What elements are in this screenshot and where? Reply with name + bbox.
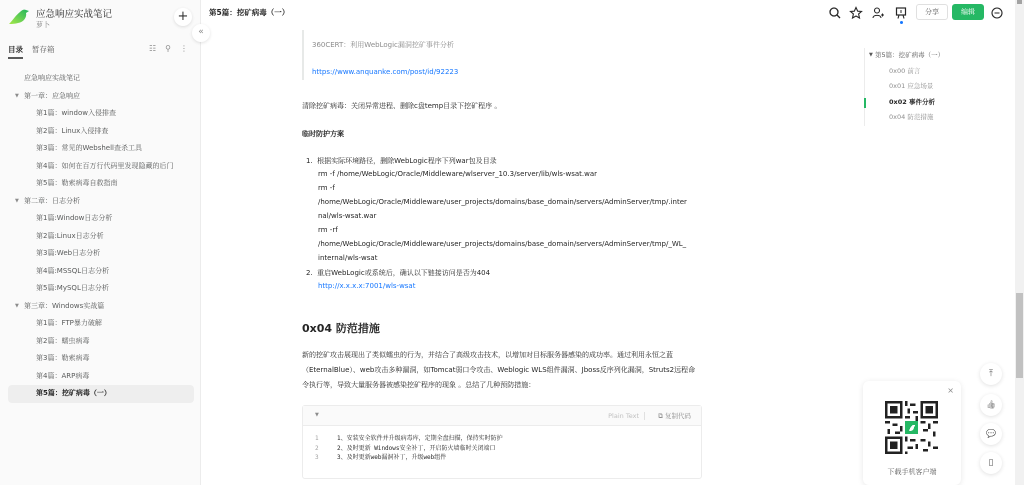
code-block-header: ▼ Plain Text ⧉ 复制代码 <box>303 406 701 426</box>
list-view-icon[interactable]: ☷ <box>149 44 156 53</box>
code-line: 22、及时更新 Windows安全补丁，开启防火墙临时关闭端口 <box>303 444 701 454</box>
scrollbar-thumb[interactable] <box>1016 293 1023 378</box>
caret-down-icon[interactable]: ▼ <box>15 193 19 211</box>
step-text: 根据实际环境路径，删除WebLogic程序下列war包及目录 <box>317 157 496 165</box>
toc-item[interactable]: 第1篇：FTP暴力破解 <box>8 315 194 333</box>
toc-label: 第1篇：FTP暴力破解 <box>36 319 102 327</box>
divider <box>644 412 645 420</box>
copy-label: 复制代码 <box>665 412 691 420</box>
close-icon[interactable]: × <box>947 386 954 395</box>
toc-item[interactable]: 第4篇：ARP病毒 <box>8 368 194 386</box>
star-icon[interactable] <box>849 6 863 20</box>
page-scrollbar[interactable] <box>1015 0 1024 485</box>
command-line: /home/WebLogic/Oracle/Middleware/user_pr… <box>318 240 686 248</box>
toc-label: 第5篇:MySQL日志分析 <box>36 284 109 292</box>
search-icon[interactable] <box>828 6 842 20</box>
step-number: 2. <box>306 269 313 277</box>
toc-label: 第2篇：蠕虫病毒 <box>36 337 89 345</box>
toc-label: 第1篇:Window日志分析 <box>36 214 112 222</box>
table-of-contents: 应急响应实战笔记 ▼第一章：应急响应 第1篇：window入侵排查 第2篇：Li… <box>8 70 194 403</box>
presentation-indicator <box>900 21 903 24</box>
code-body: 11、安装安全软件并升级病毒库，定期全盘扫描，保持实时防护 22、及时更新 Wi… <box>303 426 701 463</box>
toc-label: 第3篇：勒索病毒 <box>36 354 89 362</box>
code-text: 3、及时更新web漏洞补丁，升级web组件 <box>337 453 446 463</box>
line-number: 3 <box>315 453 319 463</box>
toc-item[interactable]: 第3篇：常见的Webshell查杀工具 <box>8 140 194 158</box>
toc-chapter-1[interactable]: ▼第一章：应急响应 <box>8 88 194 106</box>
outline-item[interactable]: ▼第5篇：挖矿病毒（一） <box>865 48 1004 64</box>
toc-label: 第4篇：ARP病毒 <box>36 372 89 380</box>
copy-icon: ⧉ <box>658 412 665 420</box>
mobile-phone-icon: ▯ <box>989 458 994 468</box>
code-line: 33、及时更新web漏洞补丁，升级web组件 <box>303 453 701 463</box>
section-heading: 0x04 防范措施 <box>302 320 380 336</box>
toc-item[interactable]: 第1篇：window入侵排查 <box>8 105 194 123</box>
toc-chapter-3[interactable]: ▼第三章：Windows实战篇 <box>8 298 194 316</box>
code-text: 1、安装安全软件并升级病毒库，定期全盘扫描，保持实时防护 <box>337 434 503 444</box>
wls-wsat-link[interactable]: http://x.x.x.x:7001/wls-wsat <box>318 282 415 290</box>
caret-down-icon[interactable]: ▼ <box>15 298 19 316</box>
command-line: /home/WebLogic/Oracle/Middleware/user_pr… <box>318 198 687 206</box>
outline-label: 0x00 前言 <box>889 67 920 75</box>
back-to-top-icon: ⤒ <box>989 369 993 379</box>
toc-item-selected[interactable]: 第5篇：挖矿病毒（一） <box>8 385 194 403</box>
toc-label: 第1篇：window入侵排查 <box>36 109 116 117</box>
toc-item[interactable]: 第3篇:Web日志分析 <box>8 245 194 263</box>
qr-code-image <box>885 401 938 454</box>
scroll-up-arrow-icon[interactable] <box>1017 0 1022 4</box>
line-number: 2 <box>315 444 319 454</box>
toc-label: 第5篇：挖矿病毒（一） <box>36 389 111 397</box>
toc-label: 第二章：日志分析 <box>24 197 80 205</box>
outline-item-active[interactable]: 0x02 事件分析 <box>865 95 1004 111</box>
outline-item[interactable]: 0x04 防范措施 <box>865 110 1004 126</box>
toc-item[interactable]: 第4篇：如何在百万行代码里发现隐藏的后门 <box>8 158 194 176</box>
line-number: 1 <box>315 434 319 444</box>
outline-label: 0x02 事件分析 <box>889 98 935 106</box>
step-text: 重启WebLogic或系统后，确认以下链接访问是否为404 <box>317 269 490 277</box>
toc-label: 第3篇：常见的Webshell查杀工具 <box>36 144 142 152</box>
temp-protection-heading: 临时防护方案 <box>302 129 344 139</box>
command-line: rm -f /home/WebLogic/Oracle/Middleware/w… <box>318 170 597 178</box>
blockquote: 360CERT：利用WebLogic漏洞挖矿事件分析 https://www.a… <box>302 30 702 80</box>
prevention-paragraph: 新的挖矿攻击展现出了类似蠕虫的行为，并结合了高级攻击技术，以增加对目标服务器感染… <box>302 348 702 393</box>
presentation-icon[interactable] <box>894 6 908 20</box>
command-line: nal/wls-wsat.war <box>318 212 376 220</box>
top-bar: 第5篇：挖矿病毒（一） 分享 编辑 <box>201 0 1006 26</box>
download-app-panel: × 下载手机客户端 <box>863 381 961 485</box>
toc-item[interactable]: 第1篇:Window日志分析 <box>8 210 194 228</box>
code-block: ▼ Plain Text ⧉ 复制代码 11、安装安全软件并升级病毒库，定期全盘… <box>302 405 702 479</box>
toc-label: 第4篇:MSSQL日志分析 <box>36 267 109 275</box>
download-app-label: 下载手机客户端 <box>863 467 961 477</box>
comment-icon: 💬 <box>986 429 996 438</box>
toc-label: 第2篇：Linux入侵排查 <box>36 127 108 135</box>
mobile-button[interactable]: ▯ <box>980 452 1002 474</box>
comment-button[interactable]: 💬 <box>980 423 1002 445</box>
command-line: internal/wls-wsat <box>318 254 377 262</box>
outline-item[interactable]: 0x00 前言 <box>865 64 1004 80</box>
outline-label: 0x01 应急场景 <box>889 82 933 90</box>
toc-label: 应急响应实战笔记 <box>24 74 80 82</box>
doc-title: 第5篇：挖矿病毒（一） <box>209 7 289 18</box>
toc-item[interactable]: 第4篇:MSSQL日志分析 <box>8 263 194 281</box>
collapse-caret-icon[interactable]: ▼ <box>315 412 319 418</box>
toc-label: 第5篇：勒索病毒自救指南 <box>36 179 117 187</box>
tab-drafts[interactable]: 暂存箱 <box>32 44 55 55</box>
toc-item[interactable]: 第5篇：勒索病毒自救指南 <box>8 175 194 193</box>
step-2: 2. 重启WebLogic或系统后，确认以下链接访问是否为404 <box>306 268 490 278</box>
toc-label: 第2篇:Linux日志分析 <box>36 232 104 240</box>
add-collaborator-icon[interactable] <box>871 6 885 20</box>
toc-chapter-2[interactable]: ▼第二章：日志分析 <box>8 193 194 211</box>
book-title[interactable]: 应急响应实战笔记 <box>36 6 112 20</box>
cleanup-paragraph: 清除挖矿病毒：关闭异常进程、删除c盘temp目录下挖矿程序 。 <box>302 101 501 111</box>
quote-text: 360CERT：利用WebLogic漏洞挖矿事件分析 <box>312 40 454 50</box>
code-text: 2、及时更新 Windows安全补丁，开启防火墙临时关闭端口 <box>337 444 496 454</box>
yuque-logo-icon <box>8 7 30 25</box>
sidebar-header: 应急响应实战笔记 萝卜 + <box>0 0 201 36</box>
toc-label: 第三章：Windows实战篇 <box>24 302 104 310</box>
sidebar-tools: ☷ ⚲ ⋮ <box>149 44 188 53</box>
tab-toc[interactable]: 目录 <box>8 44 23 55</box>
outline-item[interactable]: 0x01 应急场景 <box>865 79 1004 95</box>
toc-item[interactable]: 第2篇:Linux日志分析 <box>8 228 194 246</box>
back-to-top-button[interactable]: ⤒ <box>980 363 1002 385</box>
more-options-icon[interactable] <box>990 6 1004 20</box>
code-language[interactable]: Plain Text <box>608 412 639 420</box>
toc-item-book-home[interactable]: 应急响应实战笔记 <box>8 70 194 88</box>
book-author: 萝卜 <box>36 20 50 30</box>
document-outline: ▼第5篇：挖矿病毒（一） 0x00 前言 0x01 应急场景 0x02 事件分析… <box>864 48 1004 126</box>
reference-link[interactable]: https://www.anquanke.com/post/id/92223 <box>312 68 458 76</box>
step-1: 1. 根据实际环境路径，删除WebLogic程序下列war包及目录 <box>306 156 497 166</box>
code-line: 11、安装安全软件并升级病毒库，定期全盘扫描，保持实时防护 <box>303 434 701 444</box>
command-line: rm -f <box>318 184 335 192</box>
edit-button[interactable]: 编辑 <box>952 4 984 20</box>
step-number: 1. <box>306 157 313 165</box>
outline-label: 第5篇：挖矿病毒（一） <box>875 51 944 59</box>
thumbs-up-icon: 👍 <box>986 400 996 409</box>
toc-item[interactable]: 第2篇：Linux入侵排查 <box>8 123 194 141</box>
more-icon[interactable]: ⋮ <box>180 44 188 53</box>
caret-down-icon[interactable]: ▼ <box>15 88 19 106</box>
collapse-sidebar-button[interactable]: « <box>192 24 210 42</box>
search-icon[interactable]: ⚲ <box>165 44 171 53</box>
like-button[interactable]: 👍 <box>980 394 1002 416</box>
copy-code-button[interactable]: ⧉ 复制代码 <box>658 411 691 421</box>
toc-item[interactable]: 第5篇:MySQL日志分析 <box>8 280 194 298</box>
toc-label: 第3篇:Web日志分析 <box>36 249 100 257</box>
toc-label: 第一章：应急响应 <box>24 92 80 100</box>
outline-label: 0x04 防范措施 <box>889 113 933 121</box>
sidebar: 应急响应实战笔记 萝卜 + 目录 暂存箱 ☷ ⚲ ⋮ 应急响应实战笔记 ▼第一章… <box>0 0 201 485</box>
toc-item[interactable]: 第3篇：勒索病毒 <box>8 350 194 368</box>
command-line: rm -rf <box>318 226 338 234</box>
toc-item[interactable]: 第2篇：蠕虫病毒 <box>8 333 194 351</box>
caret-down-icon[interactable]: ▼ <box>869 48 873 64</box>
toc-label: 第4篇：如何在百万行代码里发现隐藏的后门 <box>36 162 173 170</box>
add-button[interactable]: + <box>174 8 192 26</box>
share-button[interactable]: 分享 <box>916 4 948 20</box>
